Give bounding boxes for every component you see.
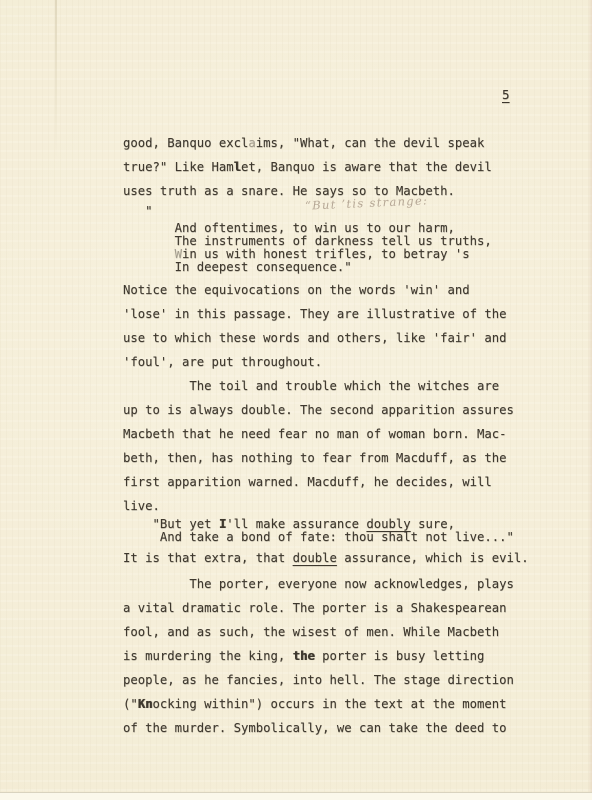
text-line: " xyxy=(123,205,529,218)
paragraph: good, Banquo exclaims, "What, can the de… xyxy=(123,131,529,203)
text-line: Notice the equivocations on the words 'w… xyxy=(123,278,529,302)
text-line: up to is always double. The second appar… xyxy=(123,398,529,422)
quote-block: "But yet I'll make assurance doubly sure… xyxy=(123,518,529,544)
text-line: of the murder. Symbolically, we can take… xyxy=(123,716,529,740)
text-line: good, Banquo exclaims, "What, can the de… xyxy=(123,131,529,155)
text-line: fool, and as such, the wisest of men. Wh… xyxy=(123,620,529,644)
text-line: is murdering the king, the porter is bus… xyxy=(123,644,529,668)
text-line: live. xyxy=(123,494,529,518)
paper-right-edge xyxy=(588,0,592,800)
text-line: use to which these words and others, lik… xyxy=(123,326,529,350)
paragraph: The porter, everyone now acknowledges, p… xyxy=(123,572,529,740)
text-line: a vital dramatic role. The porter is a S… xyxy=(123,596,529,620)
paragraph: It is that extra, that double assurance,… xyxy=(123,546,529,570)
paragraph: The toil and trouble which the witches a… xyxy=(123,374,529,518)
text-line: Macbeth that he need fear no man of woma… xyxy=(123,422,529,446)
paper-crease xyxy=(55,0,57,160)
text-line: first apparition warned. Macduff, he dec… xyxy=(123,470,529,494)
quote-block: And oftentimes, to win us to our harm, T… xyxy=(123,222,529,274)
text-line: beth, then, has nothing to fear from Mac… xyxy=(123,446,529,470)
text-line: 'foul', are put throughout. xyxy=(123,350,529,374)
text-line: The porter, everyone now acknowledges, p… xyxy=(123,572,529,596)
text-line: true?" Like Hamlet, Banquo is aware that… xyxy=(123,155,529,179)
quote-block: " xyxy=(123,205,529,218)
text-line: The toil and trouble which the witches a… xyxy=(123,374,529,398)
text-line: It is that extra, that double assurance,… xyxy=(123,546,529,570)
paragraph: Notice the equivocations on the words 'w… xyxy=(123,278,529,374)
typescript-text: good, Banquo exclaims, "What, can the de… xyxy=(123,131,529,740)
text-line: In deepest consequence." xyxy=(123,261,529,274)
text-line: 'lose' in this passage. They are illustr… xyxy=(123,302,529,326)
document-page: 5 “But ’tis strange: good, Banquo exclai… xyxy=(0,0,592,800)
text-line: And take a bond of fate: thou shalt not … xyxy=(123,531,529,544)
text-line: people, as he fancies, into hell. The st… xyxy=(123,668,529,692)
page-bottom-edge xyxy=(0,792,592,800)
text-line: uses truth as a snare. He says so to Mac… xyxy=(123,179,529,203)
page-number: 5 xyxy=(502,87,510,102)
text-line: ("Knocking within") occurs in the text a… xyxy=(123,692,529,716)
